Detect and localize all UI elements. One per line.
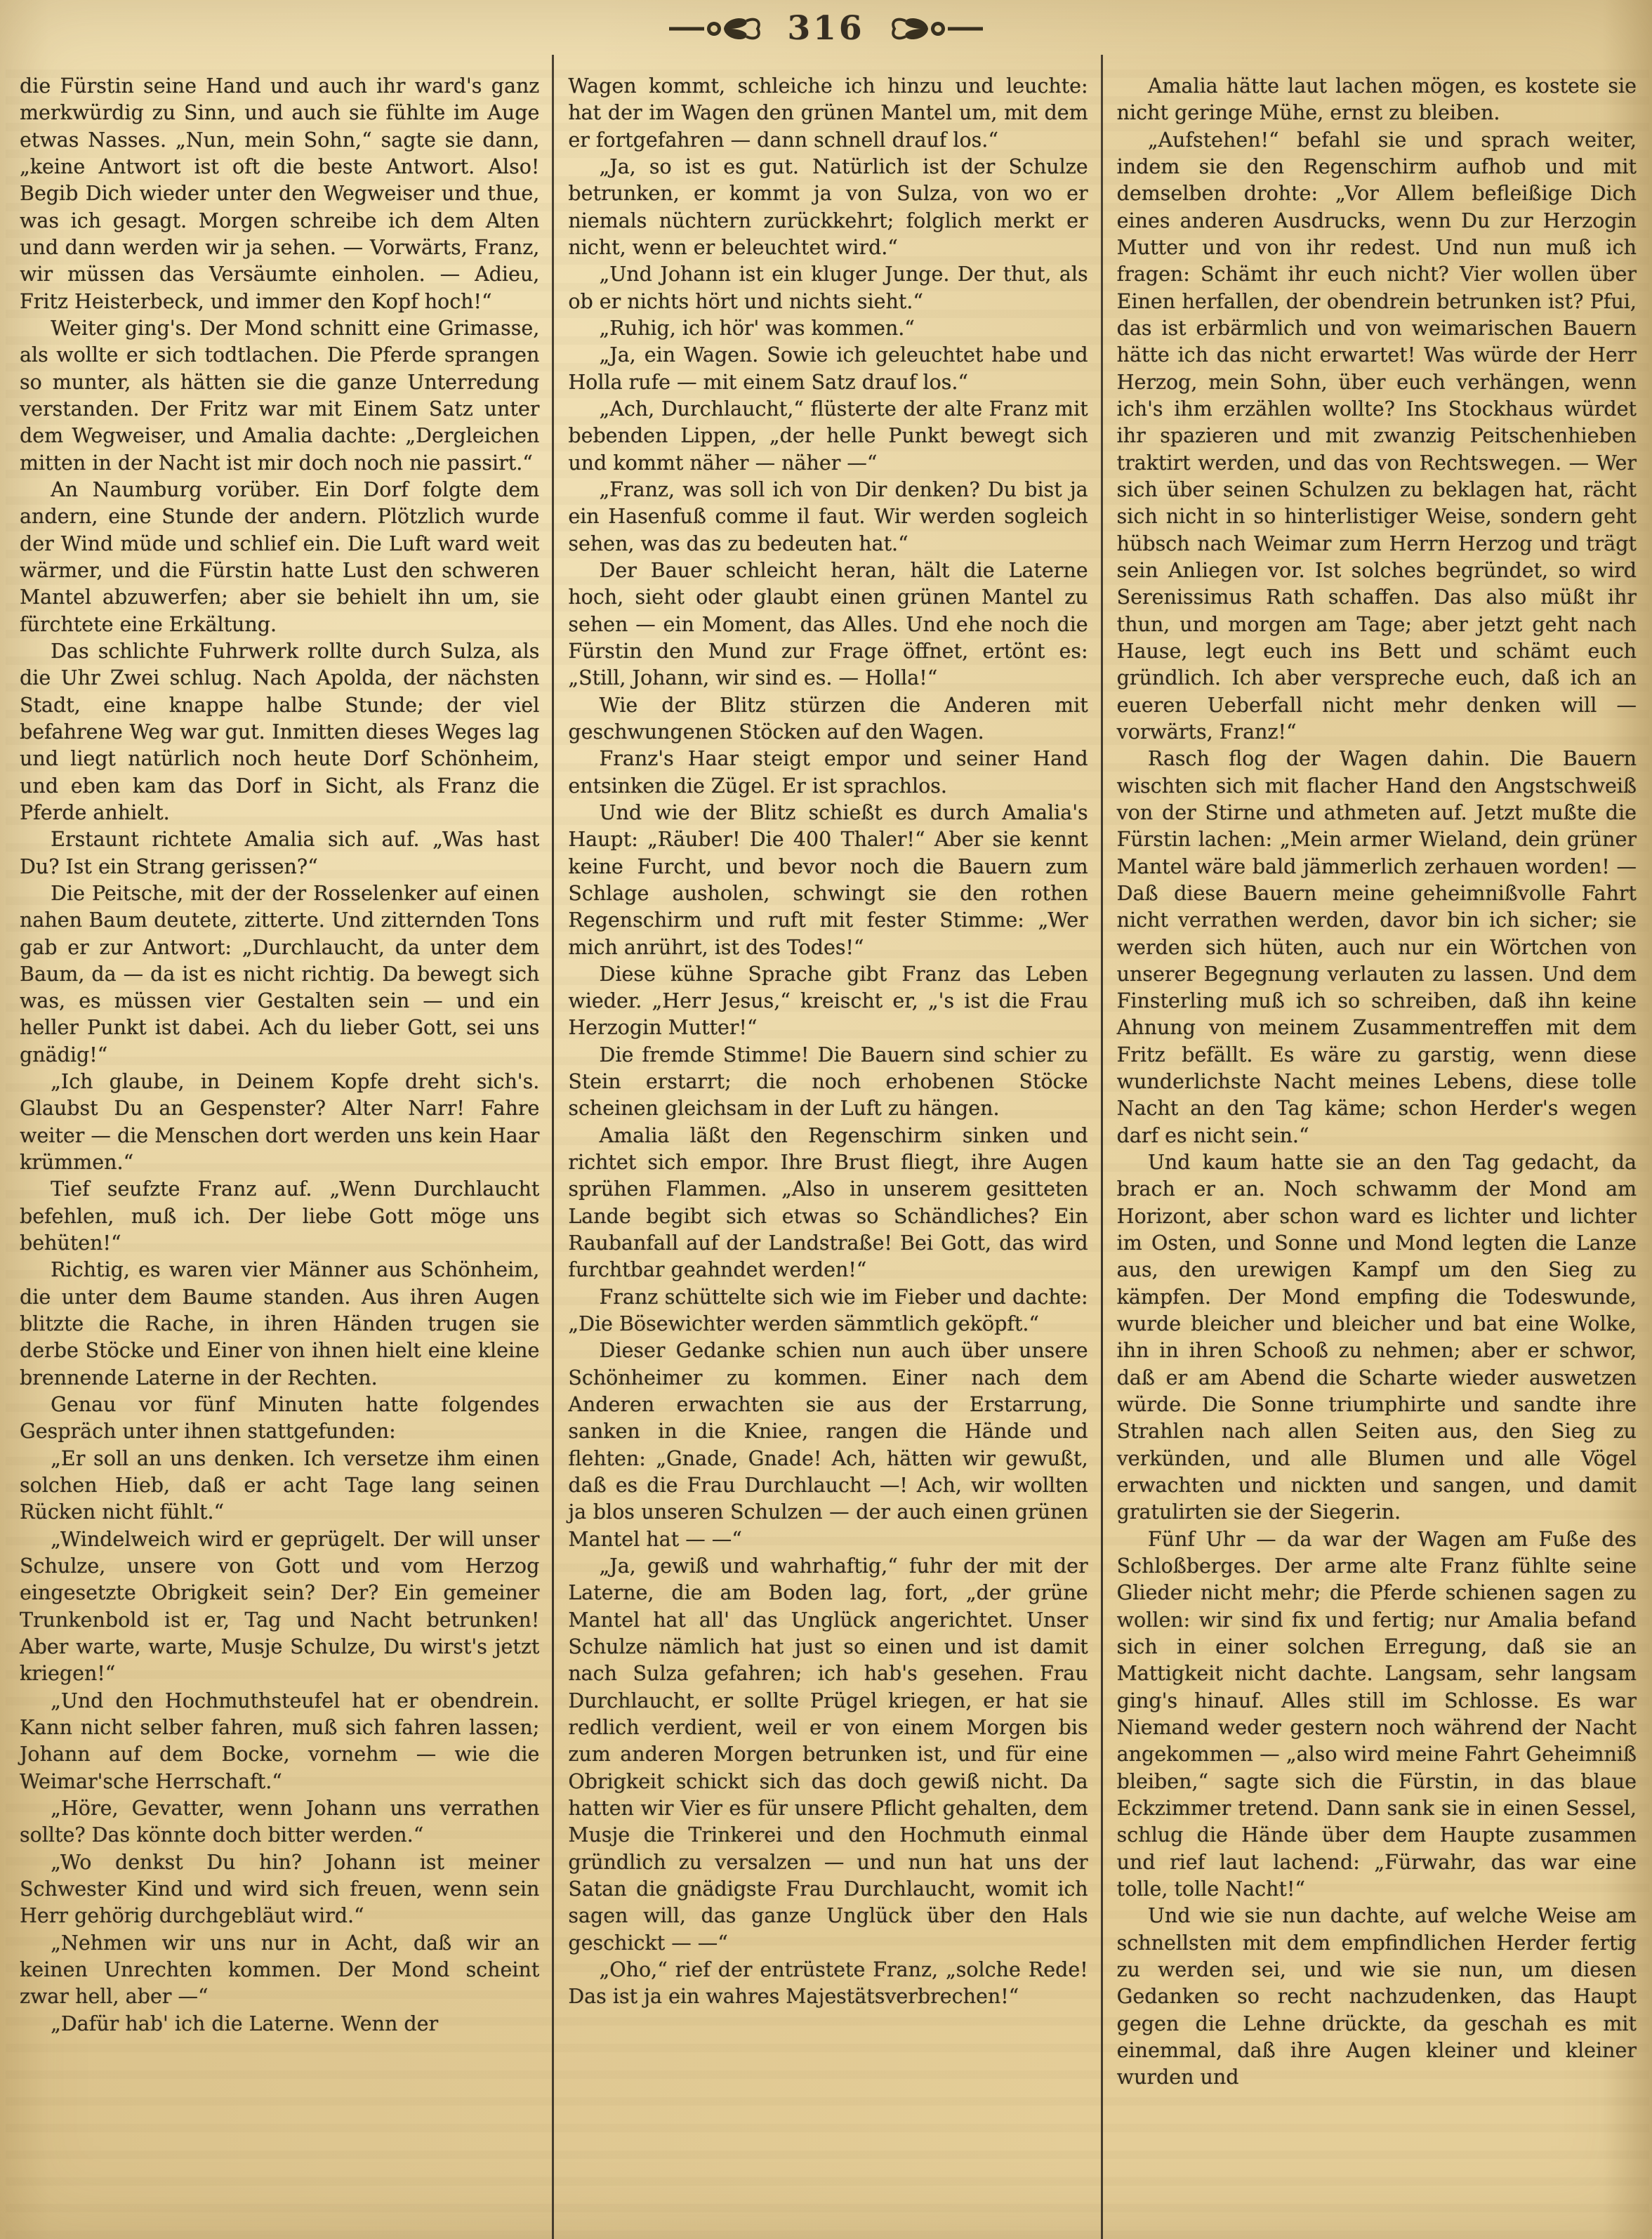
paragraph: „Wo denkst Du hin? Johann ist meiner Sch… bbox=[20, 1849, 539, 1930]
paragraph: „Ja, so ist es gut. Natürlich ist der Sc… bbox=[568, 154, 1088, 261]
paragraph: Genau vor fünf Minuten hatte folgendes G… bbox=[20, 1392, 539, 1446]
paragraph: „Dafür hab' ich die Laterne. Wenn der bbox=[20, 2011, 539, 2037]
paragraph: Richtig, es waren vier Männer aus Schönh… bbox=[20, 1257, 539, 1392]
page-header: 316 bbox=[0, 3, 1652, 53]
floral-flourish-left-icon bbox=[668, 14, 766, 42]
paragraph: „Er soll an uns denken. Ich versetze ihm… bbox=[20, 1446, 539, 1526]
paragraph: Fünf Uhr — da war der Wagen am Fuße des … bbox=[1117, 1526, 1637, 1903]
paragraph: „Ja, gewiß und wahrhaftig,“ fuhr der mit… bbox=[568, 1553, 1088, 1957]
paragraph: Franz's Haar steigt empor und seiner Han… bbox=[568, 746, 1088, 800]
paragraph: Die fremde Stimme! Die Bauern sind schie… bbox=[568, 1042, 1088, 1123]
paragraph: „Höre, Gevatter, wenn Johann uns verrath… bbox=[20, 1795, 539, 1849]
paragraph: „Ja, ein Wagen. Sowie ich geleuchtet hab… bbox=[568, 342, 1088, 396]
floral-flourish-right-icon bbox=[886, 14, 984, 42]
paragraph: „Ach, Durchlaucht,“ flüsterte der alte F… bbox=[568, 396, 1088, 477]
text-column-2: Wagen kommt, schleiche ich hinzu und leu… bbox=[554, 59, 1100, 2239]
paragraph: Amalia hätte laut lachen mögen, es koste… bbox=[1117, 73, 1637, 127]
paragraph: „Franz, was soll ich von Dir denken? Du … bbox=[568, 477, 1088, 557]
paragraph: „Und den Hochmuthsteufel hat er obendrei… bbox=[20, 1688, 539, 1795]
paragraph: Das schlichte Fuhrwerk rollte durch Sulz… bbox=[20, 638, 539, 826]
paragraph: Erstaunt richtete Amalia sich auf. „Was … bbox=[20, 826, 539, 880]
paragraph: „Nehmen wir uns nur in Acht, daß wir an … bbox=[20, 1930, 539, 2011]
paragraph: „Und Johann ist ein kluger Junge. Der th… bbox=[568, 261, 1088, 315]
paragraph: „Ruhig, ich hör' was kommen.“ bbox=[568, 315, 1088, 342]
paragraph: die Fürstin seine Hand und auch ihr ward… bbox=[20, 73, 539, 315]
paragraph: „Windelweich wird er geprügelt. Der will… bbox=[20, 1526, 539, 1688]
paragraph: „Aufstehen!“ befahl sie und sprach weite… bbox=[1117, 127, 1637, 746]
text-column-3: Amalia hätte laut lachen mögen, es koste… bbox=[1103, 59, 1649, 2239]
paragraph: Der Bauer schleicht heran, hält die Late… bbox=[568, 557, 1088, 692]
paragraph: Amalia läßt den Regenschirm sinken und r… bbox=[568, 1123, 1088, 1284]
text-columns: die Fürstin seine Hand und auch ihr ward… bbox=[6, 59, 1649, 2239]
book-page: 316 die Fürstin seine Hand und auch ihr … bbox=[0, 0, 1652, 2239]
paragraph: Und wie der Blitz schießt es durch Amali… bbox=[568, 800, 1088, 961]
paragraph: Die Peitsche, mit der der Rosselenker au… bbox=[20, 880, 539, 1069]
paragraph: An Naumburg vorüber. Ein Dorf folgte dem… bbox=[20, 477, 539, 638]
paragraph: „Oho,“ rief der entrüstete Franz, „solch… bbox=[568, 1957, 1088, 2011]
paragraph: Tief seufzte Franz auf. „Wenn Durchlauch… bbox=[20, 1176, 539, 1257]
paragraph: Diese kühne Sprache gibt Franz das Leben… bbox=[568, 961, 1088, 1042]
paragraph: Wie der Blitz stürzen die Anderen mit ge… bbox=[568, 692, 1088, 746]
page-number: 316 bbox=[787, 9, 864, 48]
paragraph: Franz schüttelte sich wie im Fieber und … bbox=[568, 1284, 1088, 1338]
paragraph: Und wie sie nun dachte, auf welche Weise… bbox=[1117, 1903, 1637, 2091]
paragraph: Dieser Gedanke schien nun auch über unse… bbox=[568, 1338, 1088, 1553]
paragraph: Und kaum hatte sie an den Tag gedacht, d… bbox=[1117, 1149, 1637, 1526]
text-column-1: die Fürstin seine Hand und auch ihr ward… bbox=[6, 59, 552, 2239]
paragraph: Rasch flog der Wagen dahin. Die Bauern w… bbox=[1117, 746, 1637, 1149]
paragraph: Weiter ging's. Der Mond schnitt eine Gri… bbox=[20, 315, 539, 477]
paragraph: Wagen kommt, schleiche ich hinzu und leu… bbox=[568, 73, 1088, 154]
paragraph: „Ich glaube, in Deinem Kopfe dreht sich'… bbox=[20, 1069, 539, 1176]
